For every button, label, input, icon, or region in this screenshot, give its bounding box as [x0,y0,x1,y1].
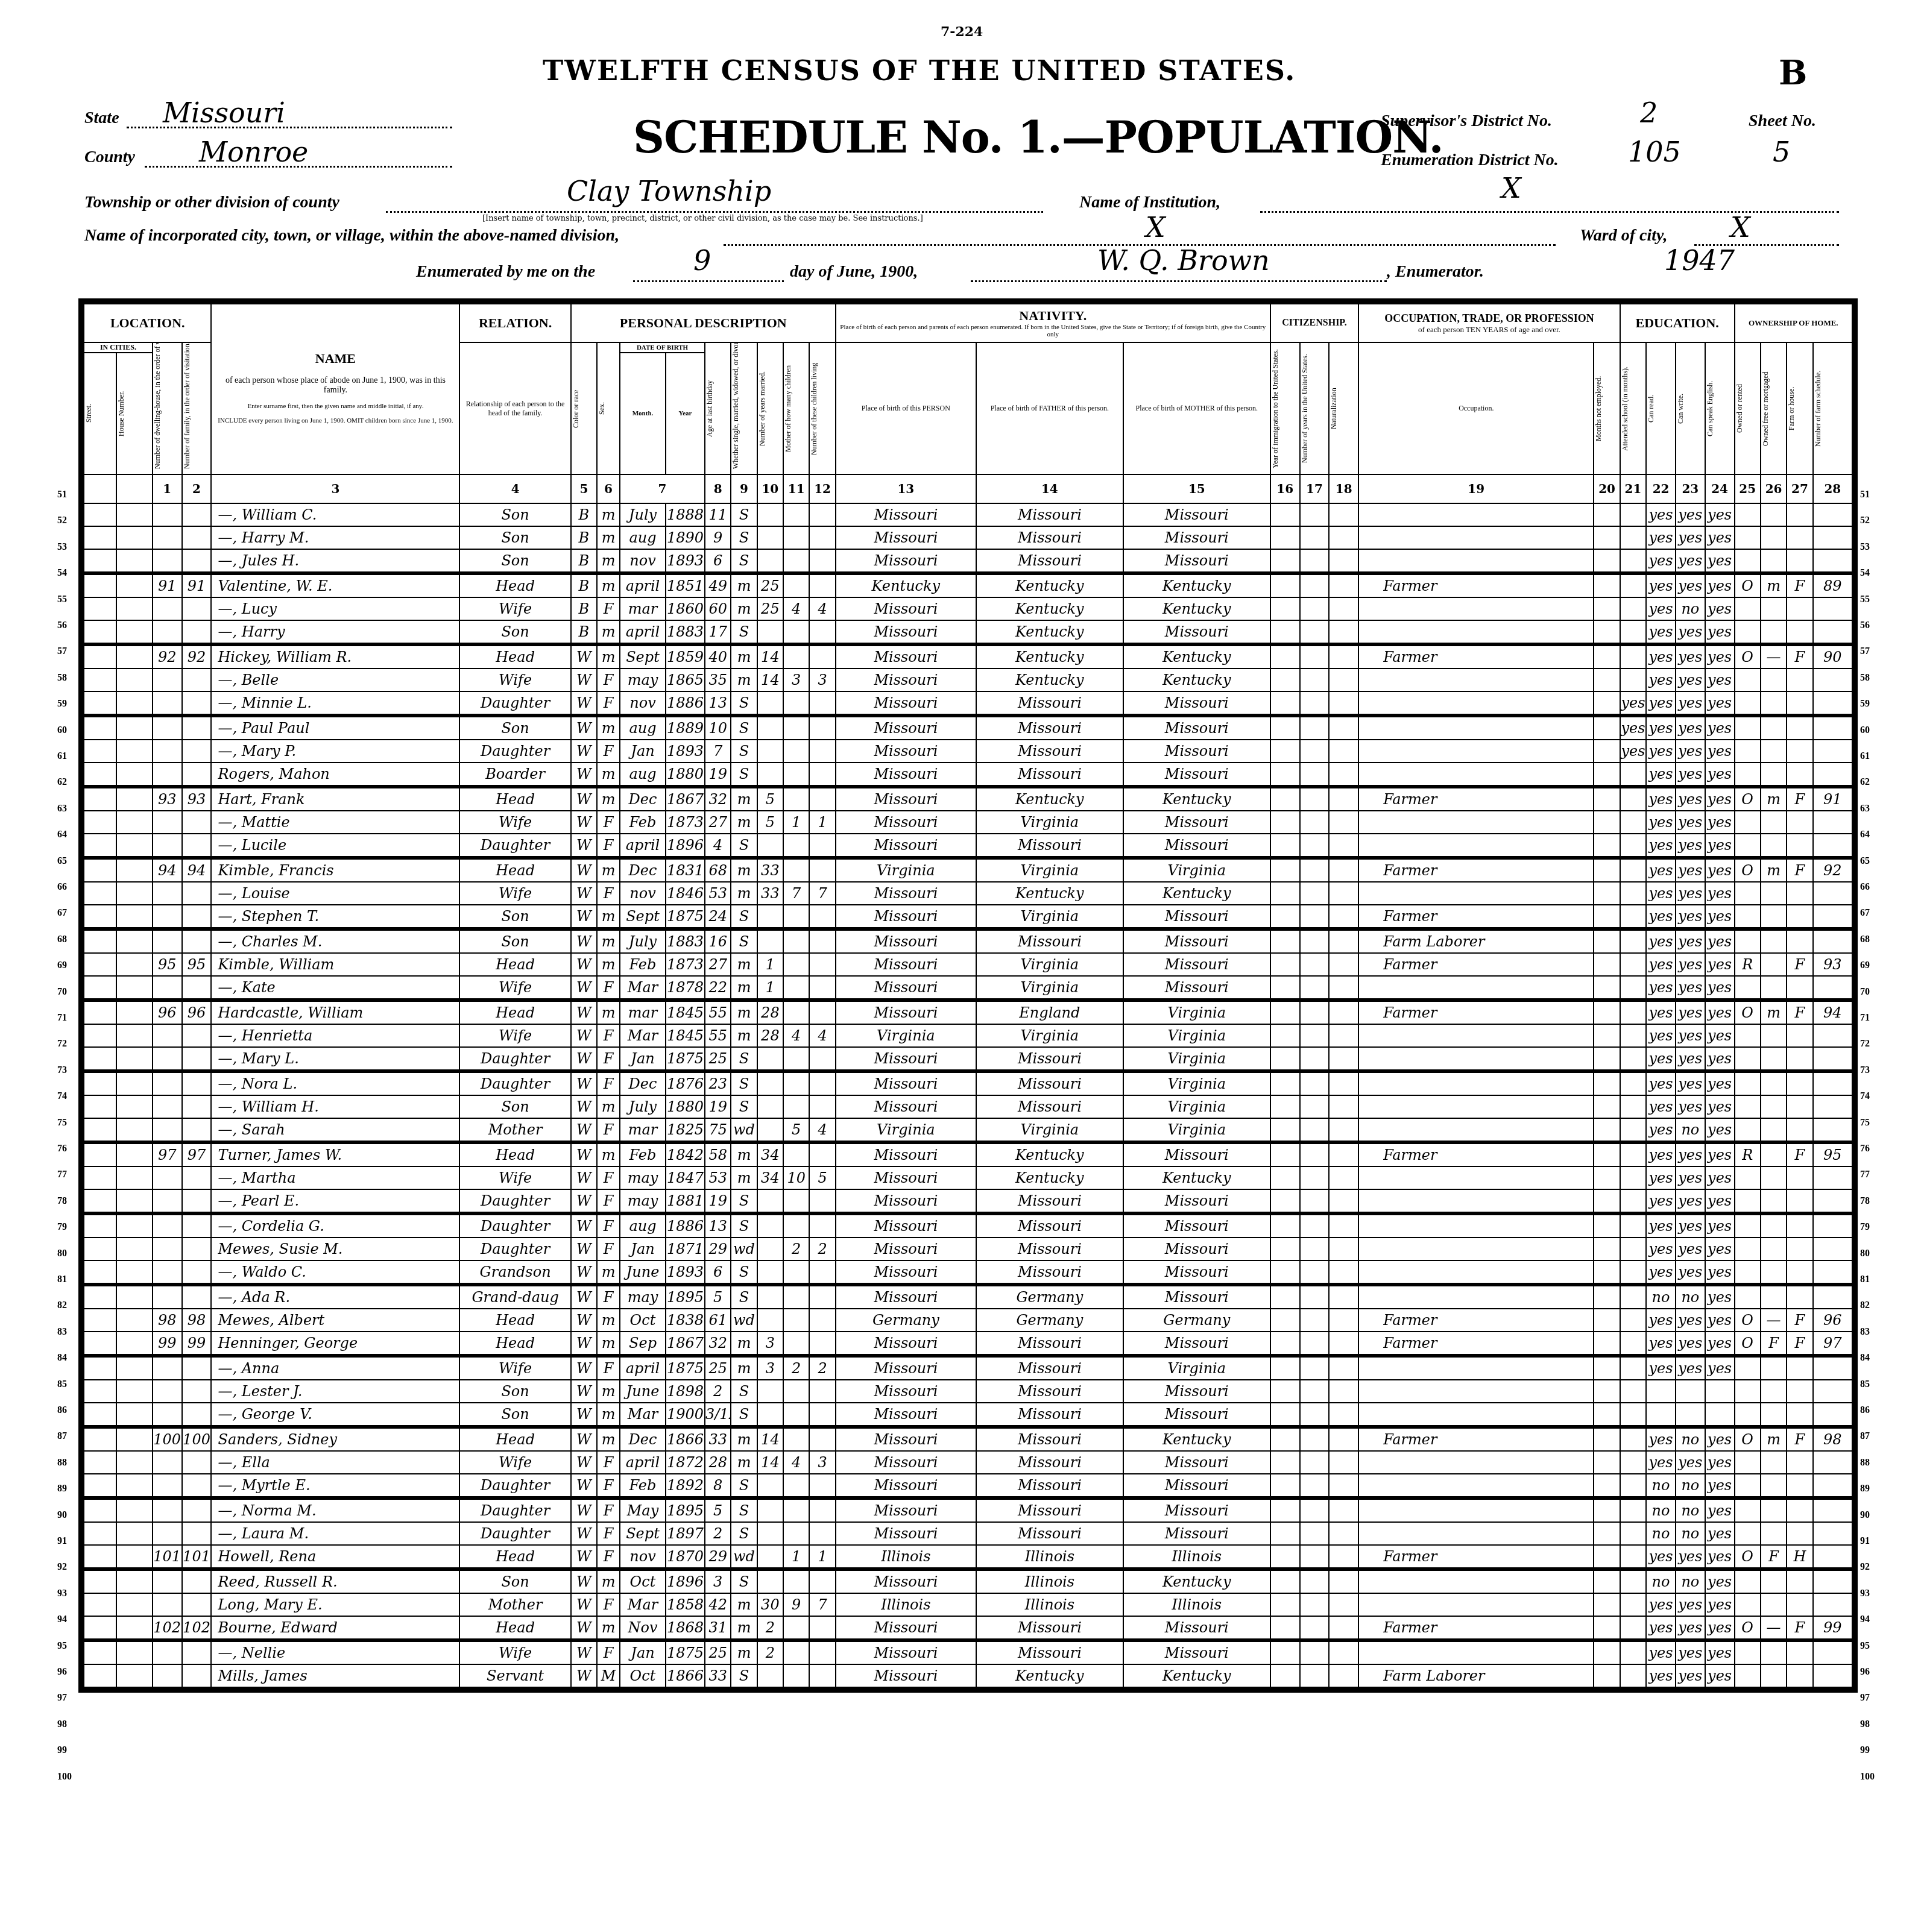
birthplace-mother-cell: Kentucky [1123,1427,1270,1451]
empty-cell [1300,691,1330,716]
empty-cell [1270,503,1300,526]
empty-cell [1329,1166,1358,1189]
birth-year-cell: 1870 [666,1545,705,1569]
birth-year-cell: 1880 [666,763,705,787]
farm-schedule-number-cell: 94 [1813,1000,1852,1024]
farm-schedule-number-cell: 99 [1813,1616,1852,1640]
children-living-cell: 4 [809,1118,835,1142]
relation-cell: Wife [459,976,570,1000]
birth-year-cell: 1881 [666,1189,705,1213]
farm-or-house-cell [1787,1166,1812,1189]
mother-of-children-cell [783,1569,809,1593]
attended-school-cell [1620,953,1646,976]
farm-or-house-cell [1787,1593,1812,1616]
can-write-cell: yes [1676,1142,1705,1166]
can-write-cell: yes [1676,1451,1705,1474]
sex-cell: m [597,1380,620,1403]
census-row: —, Stephen T.SonWmSept187524SMissouriVir… [84,905,1852,929]
empty-cell [1594,1498,1620,1522]
birth-year-cell: 1866 [666,1664,705,1687]
sex-header: Sex. [598,348,607,469]
birth-year-cell: 1895 [666,1285,705,1309]
person-name-cell: —, Belle [211,669,459,691]
column-number: 19 [1358,474,1594,503]
owned-rented-cell [1735,1451,1761,1474]
relation-cell: Wife [459,597,570,620]
occupation-cell [1358,1095,1594,1118]
birth-month-cell: July [620,1095,666,1118]
owned-free-cell [1761,953,1787,976]
birthplace-father-cell: Missouri [976,1640,1123,1664]
empty-cell [1300,1047,1330,1071]
name-title: NAME [212,351,459,367]
person-name-cell: —, Waldo C. [211,1260,459,1285]
dwelling-number-cell: 95 [153,953,182,976]
dwelling-number-cell: 101 [153,1545,182,1569]
owned-free-cell [1761,834,1787,858]
can-speak-english-cell: yes [1705,503,1735,526]
empty-cell [116,716,153,740]
age-cell: 2 [705,1380,731,1403]
can-speak-english-cell: yes [1705,1640,1735,1664]
mother-of-children-cell [783,1640,809,1664]
empty-cell [116,905,153,929]
sex-cell: m [597,716,620,740]
owned-free-cell [1761,1569,1787,1593]
birthplace-mother-cell: Missouri [1123,953,1270,976]
birth-year-cell: 1893 [666,740,705,763]
owned-free-cell [1761,1166,1787,1189]
relation-cell: Head [459,1142,570,1166]
marital-status-cell: m [731,1356,757,1380]
line-number: 72 [57,1039,67,1049]
farm-or-house-cell [1787,1451,1812,1474]
mother-of-children-cell [783,905,809,929]
birthplace-person-cell: Missouri [836,811,976,834]
children-living-cell [809,573,835,597]
city-label: Name of incorporated city, town, or vill… [84,226,619,245]
owned-free-cell [1761,1285,1787,1309]
farm-schedule-number-cell [1813,1260,1852,1285]
sex-cell: m [597,787,620,811]
line-number: 69 [57,960,67,971]
empty-cell [1270,1024,1300,1047]
birthplace-person-cell: Illinois [836,1593,976,1616]
empty-cell [84,858,116,882]
enumerated-suffix: day of June, 1900, [790,262,918,282]
can-read-cell: yes [1646,1024,1676,1047]
empty-cell [1300,573,1330,597]
census-row: Mewes, Susie M.DaughterWFJan187129wd22Mi… [84,1238,1852,1260]
birth-year-cell: 1825 [666,1118,705,1142]
person-name-cell: —, Cordelia G. [211,1213,459,1238]
farm-schedule-number-cell [1813,1285,1852,1309]
marital-status-cell: S [731,1522,757,1545]
owned-rented-cell [1735,1071,1761,1095]
empty-cell [1300,1451,1330,1474]
empty-cell [1329,763,1358,787]
can-speak-english-cell: yes [1705,644,1735,669]
birth-month-cell: Sept [620,644,666,669]
census-row: Mills, JamesServantWMOct186633SMissouriK… [84,1664,1852,1687]
relation-cell: Head [459,1545,570,1569]
farm-or-house-cell [1787,929,1812,953]
age-cell: 6 [705,549,731,573]
line-number: 74 [57,1091,67,1102]
children-living-cell [809,1095,835,1118]
empty-cell [1329,1403,1358,1427]
birthplace-person-cell: Missouri [836,929,976,953]
farm-schedule-number-cell [1813,503,1852,526]
attended-school-cell [1620,858,1646,882]
empty-cell [1300,644,1330,669]
empty-cell [116,1451,153,1474]
empty-cell [116,1024,153,1047]
mother-of-children-cell [783,763,809,787]
birthplace-person-cell: Missouri [836,1427,976,1451]
person-name-cell: Mills, James [211,1664,459,1687]
can-read-cell: yes [1646,526,1676,549]
empty-cell [84,976,116,1000]
line-number: 71 [57,1013,67,1024]
can-speak-english-cell: yes [1705,691,1735,716]
empty-cell [116,1071,153,1095]
birth-year-cell: 1886 [666,691,705,716]
farm-schedule-number-cell [1813,1213,1852,1238]
empty-cell [116,573,153,597]
birthplace-mother-cell: Missouri [1123,834,1270,858]
years-married-cell: 25 [757,573,783,597]
owned-free-cell: m [1761,858,1787,882]
birthplace-mother-cell: Missouri [1123,1238,1270,1260]
column-number: 26 [1761,474,1787,503]
column-number: 17 [1300,474,1330,503]
dwelling-number-cell [153,740,182,763]
can-speak-english-cell: yes [1705,1545,1735,1569]
sheet-label: Sheet No. [1749,112,1816,131]
years-married-cell [757,1569,783,1593]
farm-schedule-number-cell [1813,1593,1852,1616]
age-cell: 42 [705,1593,731,1616]
occupation-cell [1358,740,1594,763]
can-speak-english-cell: yes [1705,1238,1735,1260]
empty-cell [116,669,153,691]
birth-month-cell: may [620,669,666,691]
sex-cell: F [597,1118,620,1142]
empty-cell [1270,1403,1300,1427]
marital-status-cell: S [731,1071,757,1095]
owned-rented-cell [1735,763,1761,787]
birth-month-cell: mar [620,1000,666,1024]
can-write-cell: yes [1676,1166,1705,1189]
empty-cell [84,811,116,834]
line-number: 51 [1860,489,1870,500]
marital-status-cell: S [731,905,757,929]
empty-cell [1329,1024,1358,1047]
census-row: —, LucileDaughterWFapril18964SMissouriMi… [84,834,1852,858]
birthplace-father-cell: Missouri [976,1427,1123,1451]
owned-free-cell [1761,716,1787,740]
empty-cell [1300,1332,1330,1356]
line-number: 86 [57,1405,67,1416]
empty-cell [1329,1474,1358,1498]
owned-rented-cell [1735,716,1761,740]
dwelling-number-cell [153,1474,182,1498]
can-speak-english-cell: yes [1705,1095,1735,1118]
age-cell: 6 [705,1260,731,1285]
owned-rented-header: Owned or rented [1735,348,1744,469]
children-living-cell [809,834,835,858]
birthplace-person-cell: Missouri [836,1166,976,1189]
census-row: —, AnnaWifeWFapril187525m322MissouriMiss… [84,1356,1852,1380]
occupation-cell [1358,1166,1594,1189]
can-speak-english-cell: yes [1705,1522,1735,1545]
color-race-cell: B [571,597,597,620]
relation-cell: Daughter [459,1071,570,1095]
age-cell: 33 [705,1664,731,1687]
enumerator-label: , Enumerator. [1387,262,1484,282]
birthplace-person-cell: Missouri [836,1095,976,1118]
birthplace-father-cell: Kentucky [976,882,1123,905]
empty-cell [116,882,153,905]
birthplace-person-cell: Missouri [836,1213,976,1238]
empty-cell [1594,763,1620,787]
census-row: —, MarthaWifeWFmay184753m34105MissouriKe… [84,1166,1852,1189]
empty-cell [1329,1664,1358,1687]
mother-of-children-cell [783,976,809,1000]
attended-school-cell [1620,1522,1646,1545]
farm-or-house-cell: F [1787,1309,1812,1332]
family-number-cell: 92 [182,644,212,669]
line-number: 87 [57,1431,67,1442]
empty-cell [1594,1569,1620,1593]
census-row: —, Mary L.DaughterWFJan187525SMissouriMi… [84,1047,1852,1071]
color-race-cell: W [571,1142,597,1166]
empty-cell [1270,976,1300,1000]
birthplace-father-cell: Missouri [976,1451,1123,1474]
family-number-cell [182,1640,212,1664]
family-number-cell [182,976,212,1000]
years-married-cell [757,740,783,763]
farm-or-house-cell [1787,1380,1812,1403]
empty-cell [1300,1593,1330,1616]
birth-month-cell: Dec [620,1427,666,1451]
can-write-cell: no [1676,1285,1705,1309]
attended-school-cell [1620,597,1646,620]
relation-cell: Servant [459,1664,570,1687]
years-married-cell [757,1474,783,1498]
birthplace-mother-cell: Illinois [1123,1545,1270,1569]
empty-cell [1270,1095,1300,1118]
birthplace-father-cell: Virginia [976,976,1123,1000]
family-number-cell [182,1238,212,1260]
family-number-cell [182,1569,212,1593]
mother-of-children-cell [783,1664,809,1687]
person-name-cell: Sanders, Sidney [211,1427,459,1451]
birthplace-father-cell: Missouri [976,1403,1123,1427]
farm-or-house-cell [1787,1522,1812,1545]
empty-cell [1270,1142,1300,1166]
children-living-cell [809,1380,835,1403]
line-number: 67 [57,908,67,919]
children-living-cell [809,1474,835,1498]
farm-or-house-cell [1787,834,1812,858]
birthplace-father-cell: Missouri [976,1380,1123,1403]
empty-cell [84,1024,116,1047]
age-cell: 55 [705,1000,731,1024]
empty-cell [1594,1356,1620,1380]
empty-cell [116,1403,153,1427]
column-number: 11 [783,474,809,503]
line-number: 84 [57,1353,67,1364]
dwelling-number-header: Number of dwelling-house, in the order o… [153,348,162,469]
years-married-cell [757,1545,783,1569]
census-row: 101101Howell, RenaHeadWFnov187029wd11Ill… [84,1545,1852,1569]
empty-cell [1594,1616,1620,1640]
stamp-number: 1947 [1664,244,1735,277]
immigration-header: Year of immigration to the United States… [1271,348,1280,469]
color-race-cell: W [571,1166,597,1189]
empty-cell [1270,1451,1300,1474]
owned-free-cell [1761,1403,1787,1427]
empty-cell [1270,1332,1300,1356]
farm-or-house-cell [1787,1640,1812,1664]
empty-cell [1300,1403,1330,1427]
can-speak-english-cell: yes [1705,905,1735,929]
dwelling-number-cell [153,1118,182,1142]
relation-cell: Wife [459,811,570,834]
empty-cell [1270,1238,1300,1260]
can-read-cell: no [1646,1569,1676,1593]
column-number: 18 [1329,474,1358,503]
empty-cell [1329,1569,1358,1593]
children-living-cell [809,503,835,526]
birth-month-cell: Mar [620,1593,666,1616]
farm-schedule-number-cell [1813,597,1852,620]
empty-cell [1329,573,1358,597]
birth-year-cell: 1876 [666,1071,705,1095]
age-cell: 35 [705,669,731,691]
sex-cell: m [597,1309,620,1332]
birthplace-mother-cell: Kentucky [1123,1569,1270,1593]
age-cell: 7 [705,740,731,763]
line-number: 90 [57,1510,67,1521]
column-number: 1 [153,474,182,503]
birth-month-cell: July [620,503,666,526]
birthplace-person-cell: Missouri [836,1238,976,1260]
attended-school-cell [1620,1309,1646,1332]
birthplace-person-cell: Missouri [836,526,976,549]
empty-cell [1329,905,1358,929]
census-row: 100100Sanders, SidneyHeadWmDec186633m14M… [84,1427,1852,1451]
age-cell: 53 [705,882,731,905]
mother-of-children-cell: 2 [783,1238,809,1260]
line-number: 74 [1860,1091,1870,1102]
can-speak-english-cell: yes [1705,929,1735,953]
empty-cell [84,1664,116,1687]
birth-year-cell: 1889 [666,716,705,740]
county-value: Monroe [199,136,308,168]
birthplace-father-cell: Missouri [976,1047,1123,1071]
birth-year-cell: 1896 [666,1569,705,1593]
color-race-cell: W [571,953,597,976]
color-race-cell: W [571,1593,597,1616]
marital-status-cell: wd [731,1309,757,1332]
empty-cell [1300,716,1330,740]
can-write-cell: yes [1676,905,1705,929]
empty-cell [1329,882,1358,905]
age-cell: 58 [705,1142,731,1166]
mother-of-children-cell [783,1142,809,1166]
empty-cell [116,1356,153,1380]
empty-cell [1594,716,1620,740]
years-married-cell: 14 [757,1451,783,1474]
birthplace-person-cell: Missouri [836,1380,976,1403]
children-living-cell [809,644,835,669]
name-desc: of each person whose place of abode on J… [212,373,459,399]
marital-status-cell: S [731,1213,757,1238]
empty-cell [116,1427,153,1451]
person-name-cell: —, George V. [211,1403,459,1427]
farm-or-house-cell: F [1787,858,1812,882]
owned-rented-cell [1735,1166,1761,1189]
person-name-cell: —, Harry M. [211,526,459,549]
census-row: —, Pearl E.DaughterWFmay188119SMissouriM… [84,1189,1852,1213]
family-number-cell [182,620,212,644]
dwelling-number-cell: 91 [153,573,182,597]
marital-status-cell: S [731,1498,757,1522]
line-number: 58 [57,673,67,684]
color-race-cell: W [571,1380,597,1403]
can-read-header: Can read. [1647,348,1656,469]
person-name-cell: Rogers, Mahon [211,763,459,787]
marital-status-cell: wd [731,1545,757,1569]
line-number: 63 [1860,804,1870,814]
can-read-cell: yes [1646,1332,1676,1356]
line-number: 79 [57,1222,67,1233]
farm-schedule-number-cell: 91 [1813,787,1852,811]
age-cell: 24 [705,905,731,929]
children-living-cell [809,620,835,644]
can-read-cell: yes [1646,620,1676,644]
relation-cell: Mother [459,1118,570,1142]
marital-status-cell: m [731,882,757,905]
line-number: 99 [1860,1745,1870,1756]
column-number: 20 [1594,474,1620,503]
marital-status-cell: S [731,740,757,763]
can-read-cell: yes [1646,1238,1676,1260]
birthplace-father-cell: Kentucky [976,573,1123,597]
birthplace-mother-cell: Missouri [1123,1260,1270,1285]
line-number: 85 [57,1379,67,1390]
line-number: 54 [57,568,67,579]
can-read-cell: yes [1646,573,1676,597]
birthplace-father-cell: Missouri [976,1238,1123,1260]
children-living-cell [809,1071,835,1095]
empty-cell [116,1474,153,1498]
census-row: 9494Kimble, FrancisHeadWmDec183168m33Vir… [84,858,1852,882]
birthplace-father-cell: Missouri [976,1498,1123,1522]
years-married-cell: 2 [757,1616,783,1640]
can-write-cell: yes [1676,787,1705,811]
attended-school-header: Attended school (in months). [1621,348,1630,469]
family-number-cell [182,1356,212,1380]
empty-cell [116,1332,153,1356]
line-number: 98 [1860,1719,1870,1730]
marital-status-cell: m [731,976,757,1000]
empty-cell [1594,549,1620,573]
person-name-cell: Long, Mary E. [211,1593,459,1616]
